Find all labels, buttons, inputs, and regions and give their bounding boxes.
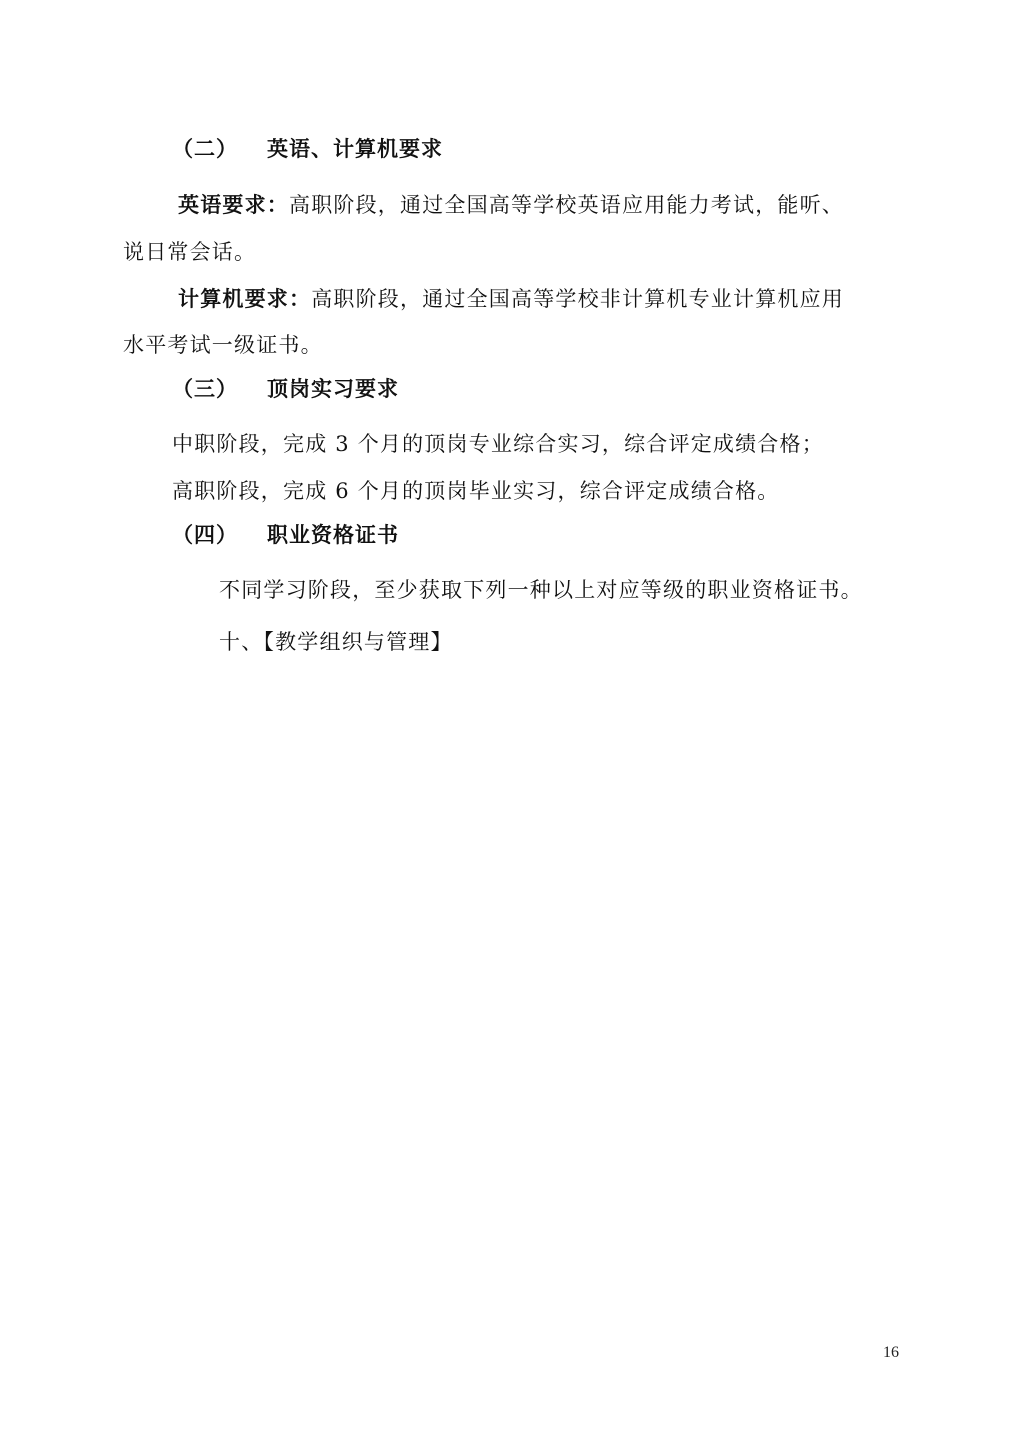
english-requirement-label: 英语要求：	[178, 192, 289, 217]
english-requirement-line-1: 英语要求：高职阶段，通过全国高等学校英语应用能力考试，能听、	[178, 190, 844, 220]
section-number: （四）	[172, 520, 267, 550]
page-number: 16	[883, 1343, 899, 1363]
computer-requirement-line-1: 计算机要求：高职阶段，通过全国高等学校非计算机专业计算机应用	[178, 284, 844, 314]
section-heading-3: （三）顶岗实习要求	[172, 374, 399, 404]
computer-requirement-text: 高职阶段，通过全国高等学校非计算机专业计算机应用	[311, 287, 844, 311]
section-heading-2: （二）英语、计算机要求	[172, 134, 443, 164]
section-number: （三）	[172, 374, 267, 404]
internship-secondary-line: 中职阶段，完成 3 个月的顶岗专业综合实习，综合评定成绩合格；	[172, 429, 824, 459]
computer-requirement-label: 计算机要求：	[178, 286, 311, 311]
section-title: 职业资格证书	[267, 522, 399, 547]
section-number: （二）	[172, 134, 267, 164]
section-heading-10: 十、【教学组织与管理】	[219, 627, 453, 657]
document-page: （二）英语、计算机要求 英语要求：高职阶段，通过全国高等学校英语应用能力考试，能…	[0, 0, 1024, 1448]
internship-higher-line: 高职阶段，完成 6 个月的顶岗毕业实习，综合评定成绩合格。	[172, 476, 780, 506]
section-heading-4: （四）职业资格证书	[172, 520, 399, 550]
section-title: 英语、计算机要求	[267, 136, 443, 161]
english-requirement-line-2: 说日常会话。	[123, 237, 256, 267]
section-title: 顶岗实习要求	[267, 376, 399, 401]
english-requirement-text: 高职阶段，通过全国高等学校英语应用能力考试，能听、	[289, 193, 844, 217]
computer-requirement-line-2: 水平考试一级证书。	[123, 330, 323, 360]
certificate-requirement-line: 不同学习阶段，至少获取下列一种以上对应等级的职业资格证书。	[219, 575, 863, 605]
